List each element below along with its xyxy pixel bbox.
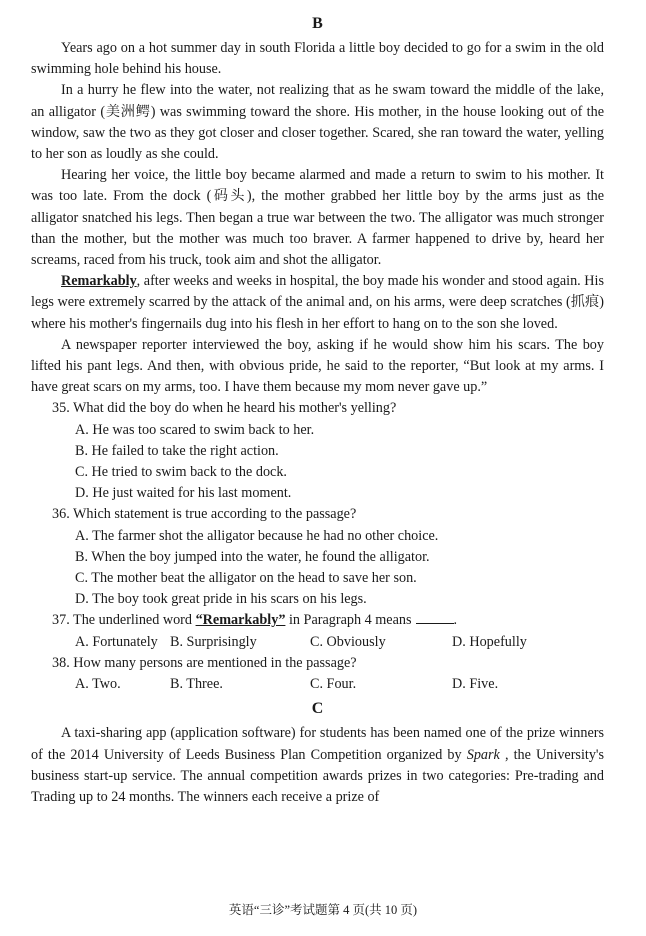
option-a[interactable]: A. He was too scared to swim back to her… [31, 420, 604, 441]
option-b[interactable]: B. When the boy jumped into the water, h… [31, 547, 604, 568]
section-b-title: B [31, 14, 604, 34]
section-c-title: C [31, 699, 604, 719]
option-c[interactable]: C. Four. [310, 674, 452, 695]
paragraph-2: In a hurry he flew into the water, not r… [31, 80, 604, 165]
question-stem: 37. The underlined word “Remarkably” in … [31, 610, 604, 631]
paragraph-4: Remarkably, after weeks and weeks in hos… [31, 271, 604, 335]
option-c[interactable]: C. He tried to swim back to the dock. [31, 462, 604, 483]
option-b[interactable]: B. Three. [170, 674, 310, 695]
question-37: 37. The underlined word “Remarkably” in … [31, 610, 604, 652]
page-footer: 英语“三诊”考试题第 4 页(共 10 页) [0, 900, 646, 918]
option-c[interactable]: C. The mother beat the alligator on the … [31, 568, 604, 589]
option-b[interactable]: B. Surprisingly [170, 632, 310, 653]
answer-blank [416, 611, 454, 624]
option-c[interactable]: C. Obviously [310, 632, 452, 653]
spark-name: Spark [467, 747, 500, 763]
question-stem: 35. What did the boy do when he heard hi… [31, 398, 604, 419]
question-36: 36. Which statement is true according to… [31, 504, 604, 610]
question-stem: 38. How many persons are mentioned in th… [31, 653, 604, 674]
options-row: A. Two. B. Three. C. Four. D. Five. [31, 674, 604, 695]
paragraph-3: Hearing her voice, the little boy became… [31, 165, 604, 271]
underlined-word-ref: “Remarkably” [196, 612, 286, 628]
options-row: A. Fortunately B. Surprisingly C. Obviou… [31, 632, 604, 653]
option-d[interactable]: D. Hopefully [452, 632, 527, 653]
option-a[interactable]: A. Two. [75, 674, 170, 695]
paragraph-5: A newspaper reporter interviewed the boy… [31, 335, 604, 399]
option-b[interactable]: B. He failed to take the right action. [31, 441, 604, 462]
question-38: 38. How many persons are mentioned in th… [31, 653, 604, 695]
option-a[interactable]: A. The farmer shot the alligator because… [31, 526, 604, 547]
underlined-word: Remarkably [61, 273, 137, 289]
option-d[interactable]: D. The boy took great pride in his scars… [31, 589, 604, 610]
paragraph-c1: A taxi-sharing app (application software… [31, 723, 604, 808]
exam-page: B Years ago on a hot summer day in south… [31, 0, 604, 808]
option-d[interactable]: D. He just waited for his last moment. [31, 483, 604, 504]
question-stem: 36. Which statement is true according to… [31, 504, 604, 525]
question-35: 35. What did the boy do when he heard hi… [31, 398, 604, 504]
option-d[interactable]: D. Five. [452, 674, 498, 695]
option-a[interactable]: A. Fortunately [75, 632, 170, 653]
paragraph-1: Years ago on a hot summer day in south F… [31, 38, 604, 80]
